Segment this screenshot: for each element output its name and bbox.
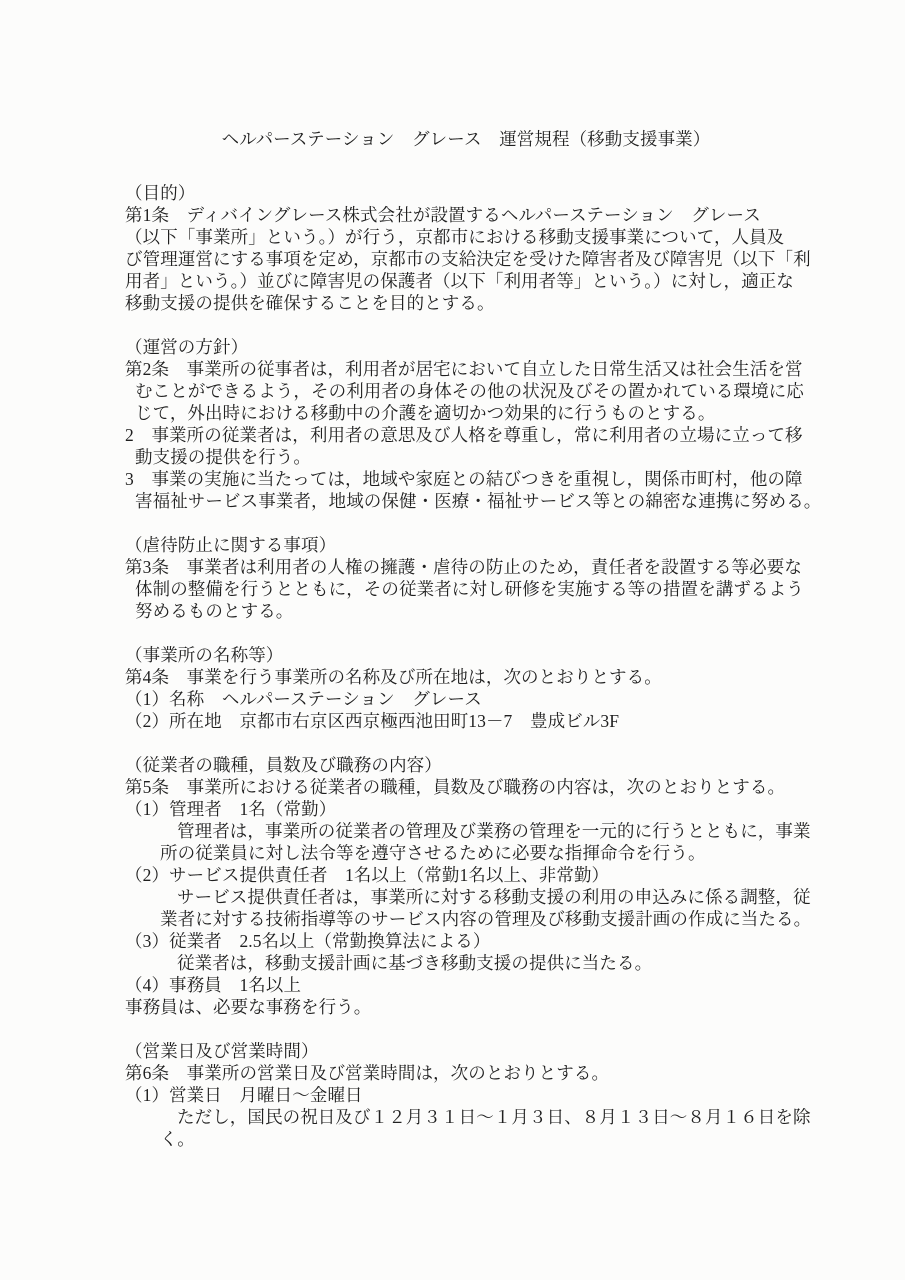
section-heading-business-days-hours: （営業日及び営業時間） <box>125 1040 807 1062</box>
doc-line: 害福祉サービス事業者，地域の保健・医療・福祉サービス等との綿密な連携に努める。 <box>125 490 807 512</box>
doc-line: （2）所在地 京都市右京区西京極西池田町13－7 豊成ビル3F <box>125 710 807 732</box>
spacer <box>125 512 807 534</box>
section-heading-office-name-location: （事業所の名称等） <box>125 644 807 666</box>
doc-line: ただし，国民の祝日及び１２月３１日～１月３日、８月１３日～８月１６日を除 <box>125 1106 807 1128</box>
doc-line: サービス提供責任者は，事業所に対する移動支援の利用の申込みに係る調整，従 <box>125 886 807 908</box>
doc-line: 第1条 ディバイングレース株式会社が設置するヘルパーステーション グレース <box>125 204 807 226</box>
doc-line: むことができるよう，その利用者の身体その他の状況及びその置かれている環境に応 <box>125 380 807 402</box>
doc-line: 体制の整備を行うとともに，その従業者に対し研修を実施する等の措置を講ずるよう <box>125 578 807 600</box>
doc-line: 所の従業員に対し法令等を遵守させるために必要な指揮命令を行う。 <box>125 842 807 864</box>
doc-line: 用者」という。）並びに障害児の保護者（以下「利用者等」という。）に対し，適正な <box>125 270 807 292</box>
doc-line: 従業者は，移動支援計画に基づき移動支援の提供に当たる。 <box>125 952 807 974</box>
section-heading-staff-composition: （従業者の職種，員数及び職務の内容） <box>125 754 807 776</box>
doc-line: （1）営業日 月曜日～金曜日 <box>125 1084 807 1106</box>
spacer <box>125 732 807 754</box>
doc-line: 努めるものとする。 <box>125 600 807 622</box>
doc-line: 第6条 事業所の営業日及び営業時間は，次のとおりとする。 <box>125 1062 807 1084</box>
section-heading-purpose: （目的） <box>125 182 807 204</box>
doc-line: 3 事業の実施に当たっては，地域や家庭との結びつきを重視し，関係市町村，他の障 <box>125 468 807 490</box>
doc-line: 管理者は，事業所の従業者の管理及び業務の管理を一元的に行うとともに，事業 <box>125 820 807 842</box>
doc-line: く。 <box>125 1128 807 1150</box>
section-heading-abuse-prevention: （虐待防止に関する事項） <box>125 534 807 556</box>
spacer <box>125 622 807 644</box>
doc-line: 業者に対する技術指導等のサービス内容の管理及び移動支援計画の作成に当たる。 <box>125 908 807 930</box>
document-title: ヘルパーステーション グレース 運営規程（移動支援事業） <box>125 128 807 150</box>
spacer <box>125 1018 807 1040</box>
doc-line: 第2条 事業所の従事者は，利用者が居宅において自立した日常生活又は社会生活を営 <box>125 358 807 380</box>
section-business-days-hours: （営業日及び営業時間） 第6条 事業所の営業日及び営業時間は，次のとおりとする。… <box>125 1040 807 1150</box>
scanned-document-page: ヘルパーステーション グレース 運営規程（移動支援事業） （目的） 第1条 ディ… <box>0 0 905 1280</box>
doc-line: （4）事務員 1名以上 <box>125 974 807 996</box>
section-purpose: （目的） 第1条 ディバイングレース株式会社が設置するヘルパーステーション グレ… <box>125 182 807 314</box>
spacer <box>125 160 807 182</box>
doc-line: 第4条 事業を行う事業所の名称及び所在地は，次のとおりとする。 <box>125 666 807 688</box>
doc-line: じて，外出時における移動中の介護を適切かつ効果的に行うものとする。 <box>125 402 807 424</box>
doc-line: （3）従業者 2.5名以上（常勤換算法による） <box>125 930 807 952</box>
section-heading-operating-policy: （運営の方針） <box>125 336 807 358</box>
doc-line: 動支援の提供を行う。 <box>125 446 807 468</box>
doc-line: 移動支援の提供を確保することを目的とする。 <box>125 292 807 314</box>
section-operating-policy: （運営の方針） 第2条 事業所の従事者は，利用者が居宅において自立した日常生活又… <box>125 336 807 512</box>
section-abuse-prevention: （虐待防止に関する事項） 第3条 事業者は利用者の人権の擁護・虐待の防止のため，… <box>125 534 807 622</box>
doc-line: 第3条 事業者は利用者の人権の擁護・虐待の防止のため，責任者を設置する等必要な <box>125 556 807 578</box>
spacer <box>125 314 807 336</box>
doc-line: 2 事業所の従業者は，利用者の意思及び人格を尊重し，常に利用者の立場に立って移 <box>125 424 807 446</box>
doc-line: （2）サービス提供責任者 1名以上（常勤1名以上、非常勤） <box>125 864 807 886</box>
doc-line: 事務員は、必要な事務を行う。 <box>125 996 807 1018</box>
document-content: ヘルパーステーション グレース 運営規程（移動支援事業） （目的） 第1条 ディ… <box>125 128 807 1150</box>
doc-line: （1）管理者 1名（常勤） <box>125 798 807 820</box>
doc-line: （1）名称 ヘルパーステーション グレース <box>125 688 807 710</box>
doc-line: （以下「事業所」という。）が行う，京都市における移動支援事業について，人員及 <box>125 226 807 248</box>
doc-line: び管理運営にする事項を定め，京都市の支給決定を受けた障害者及び障害児（以下「利 <box>125 248 807 270</box>
doc-line: 第5条 事業所における従業者の職種，員数及び職務の内容は，次のとおりとする。 <box>125 776 807 798</box>
section-staff-composition: （従業者の職種，員数及び職務の内容） 第5条 事業所における従業者の職種，員数及… <box>125 754 807 1018</box>
section-office-name-location: （事業所の名称等） 第4条 事業を行う事業所の名称及び所在地は，次のとおりとする… <box>125 644 807 732</box>
